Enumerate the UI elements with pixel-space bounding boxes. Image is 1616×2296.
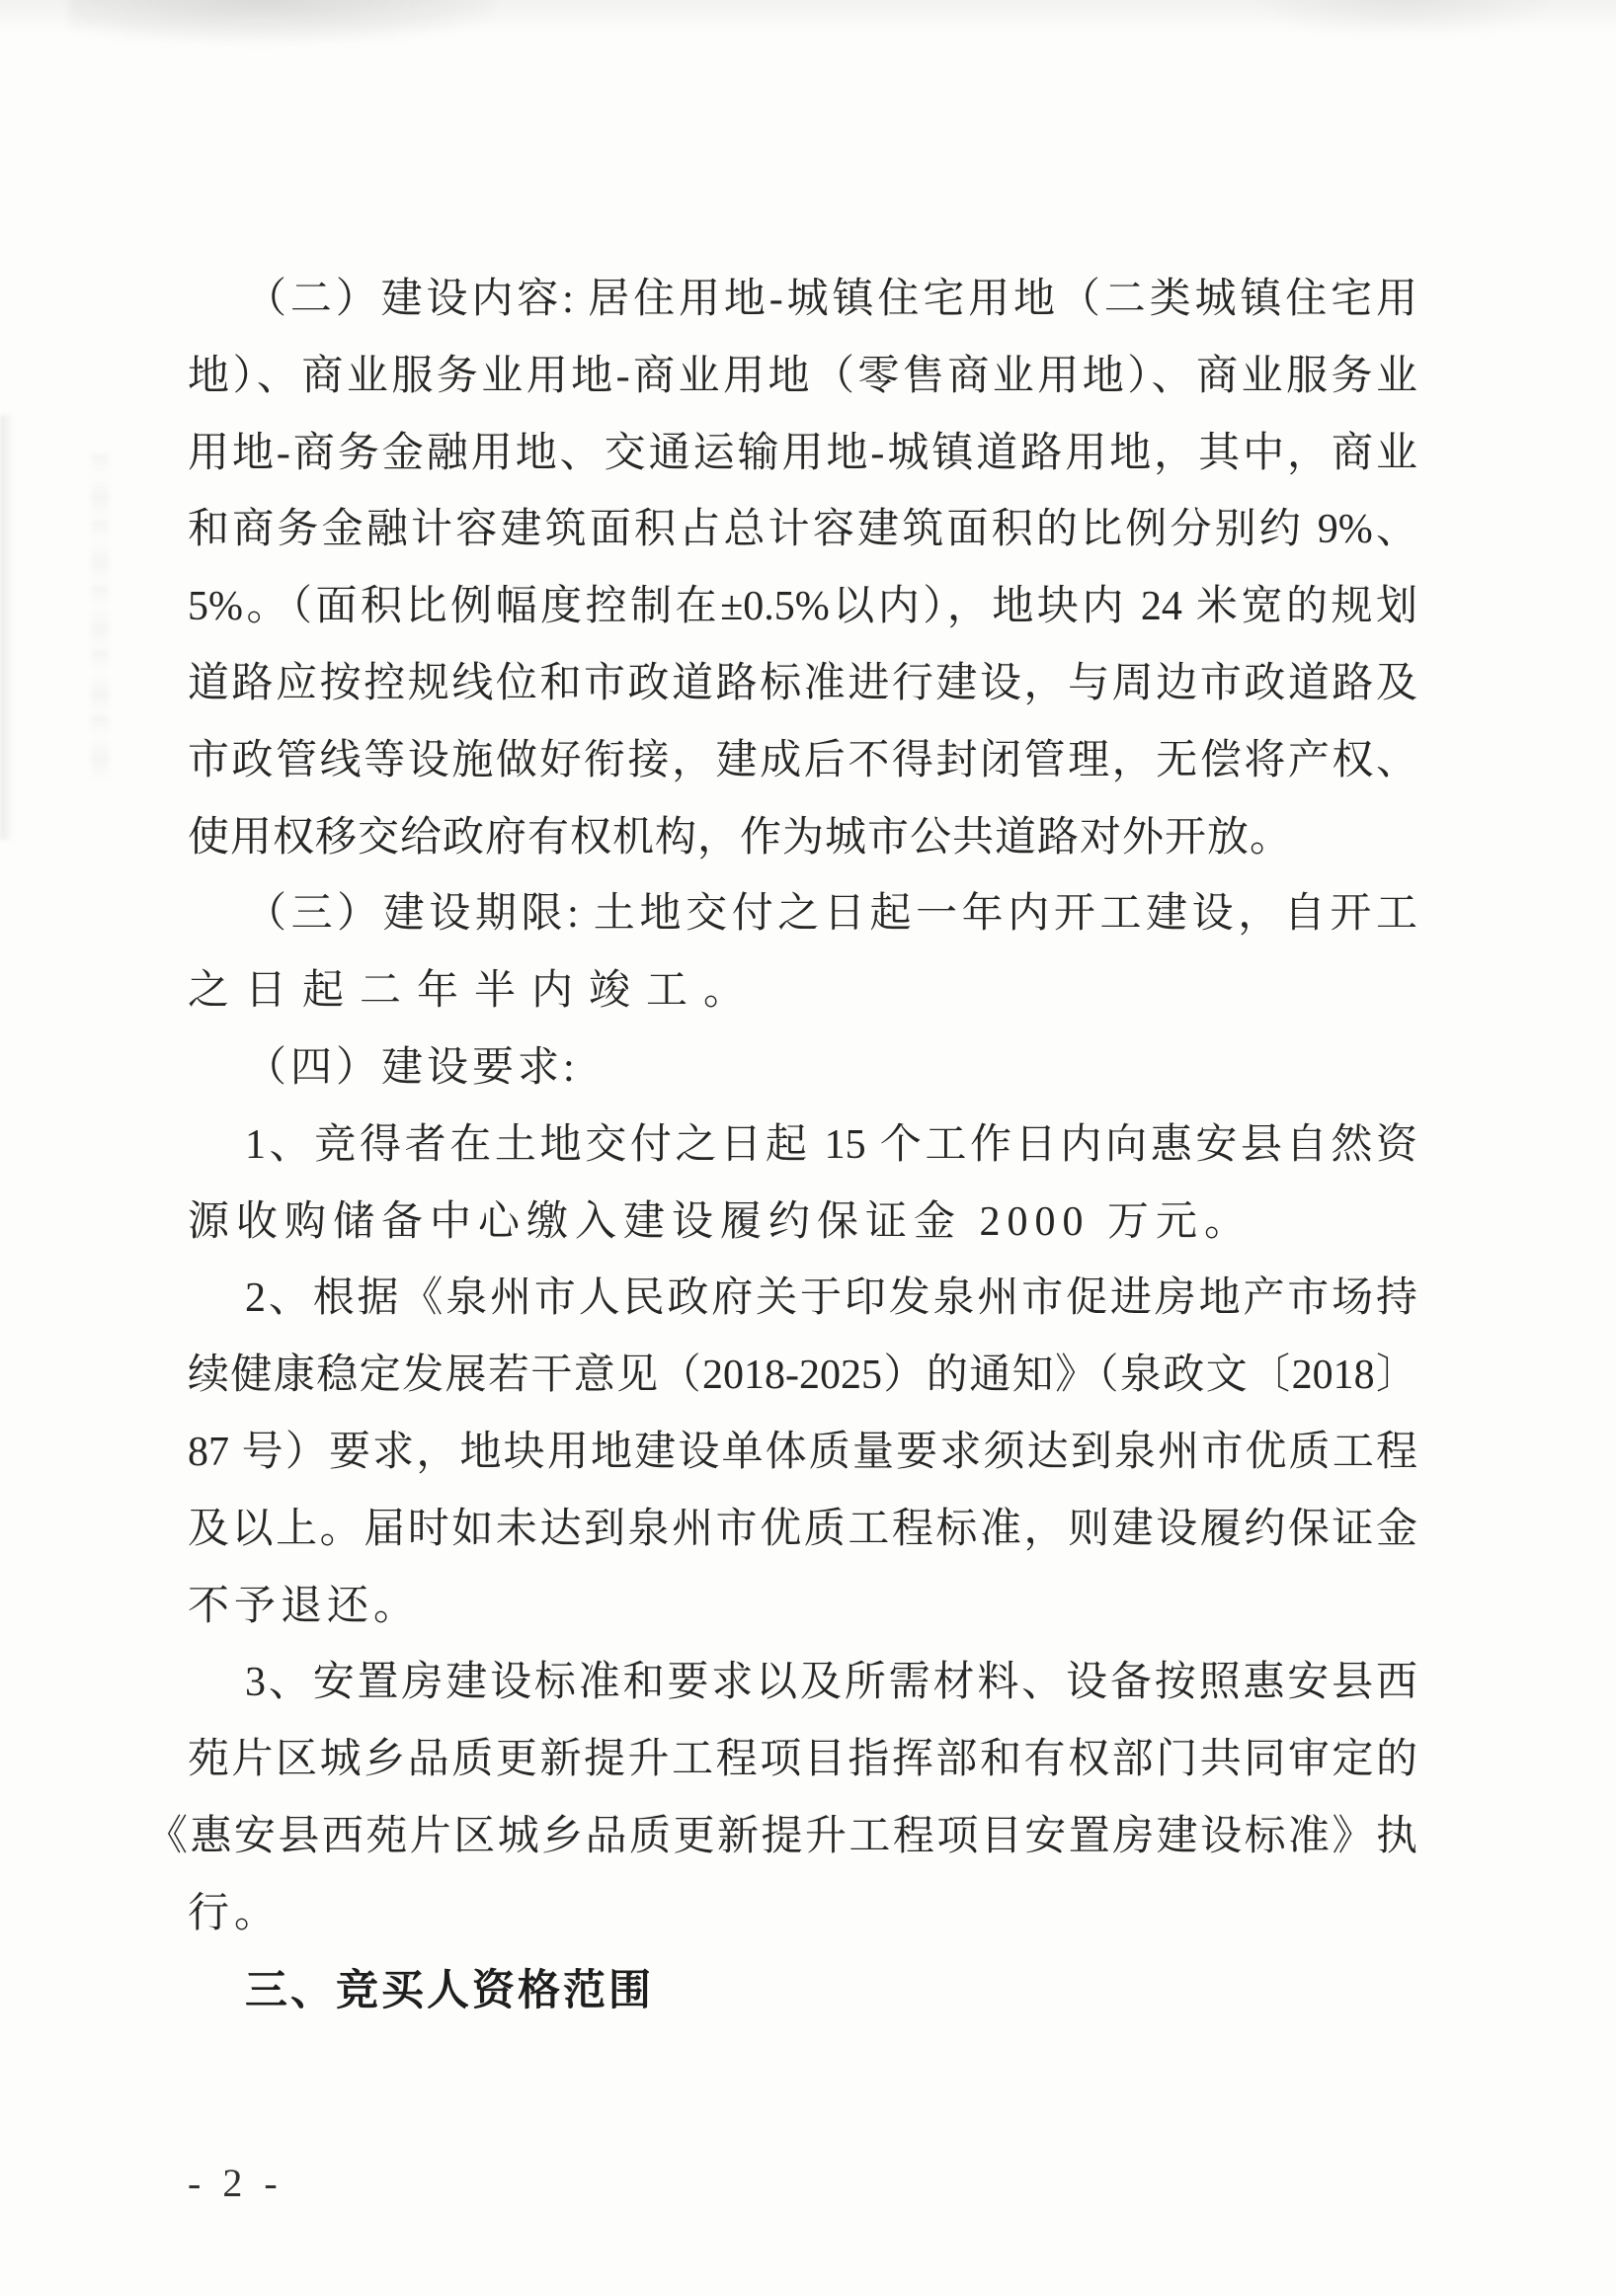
text-line: 行。 xyxy=(188,1876,1417,1953)
text-line: 1、竞得者在土地交付之日起 15 个工作日内向惠安县自然资 xyxy=(188,1107,1417,1185)
text-line: 续健康稳定发展若干意见（2018-2025）的通知》（泉政文〔2018〕 xyxy=(188,1338,1417,1415)
scan-artifact-left-marks xyxy=(91,454,109,780)
text-line: 之日起二年半内竣工。 xyxy=(188,953,1417,1030)
section-heading: 三、竞买人资格范围 xyxy=(188,1953,1417,2030)
text-line: 不予退还。 xyxy=(188,1569,1417,1646)
scan-artifact-top-band xyxy=(0,0,1616,34)
text-line: （四）建设要求: xyxy=(188,1030,1417,1107)
text-line: 地）、商业服务业用地-商业用地（零售商业用地）、商业服务业 xyxy=(188,339,1417,416)
text-line: 《惠安县西苑片区城乡品质更新提升工程项目安置房建设标准》执 xyxy=(146,1799,1417,1876)
text-line: 用地-商务金融用地、交通运输用地-城镇道路用地，其中，商业 xyxy=(188,416,1417,493)
scan-artifact-top-smudge xyxy=(69,0,494,43)
text-line: （二）建设内容: 居住用地-城镇住宅用地（二类城镇住宅用 xyxy=(188,262,1417,339)
text-line: 源收购储备中心缴入建设履约保证金 2000 万元。 xyxy=(188,1185,1417,1262)
text-line: 2、根据《泉州市人民政府关于印发泉州市促进房地产市场持 xyxy=(188,1261,1417,1338)
scan-artifact-top-smudge-right xyxy=(1254,0,1551,38)
document-body: （二）建设内容: 居住用地-城镇住宅用地（二类城镇住宅用 地）、商业服务业用地-… xyxy=(188,262,1417,2029)
text-line: 道路应按控规线位和市政道路标准进行建设，与周边市政道路及 xyxy=(188,646,1417,723)
text-line: 5%。（面积比例幅度控制在±0.5%以内），地块内 24 米宽的规划 xyxy=(188,569,1417,646)
text-line: 和商务金融计容建筑面积占总计容建筑面积的比例分别约 9%、 xyxy=(188,492,1417,569)
text-line: 市政管线等设施做好衔接，建成后不得封闭管理，无偿将产权、 xyxy=(188,723,1417,800)
text-line: 苑片区城乡品质更新提升工程项目指挥部和有权部门共同审定的 xyxy=(188,1722,1417,1799)
text-line: （三）建设期限: 土地交付之日起一年内开工建设，自开工 xyxy=(188,876,1417,953)
page-number: - 2 - xyxy=(188,2160,283,2206)
text-line: 及以上。届时如未达到泉州市优质工程标准，则建设履约保证金 xyxy=(188,1492,1417,1569)
scan-artifact-left-streak xyxy=(0,415,14,840)
text-line: 87 号）要求，地块用地建设单体质量要求须达到泉州市优质工程 xyxy=(188,1415,1417,1492)
text-line: 3、安置房建设标准和要求以及所需材料、设备按照惠安县西 xyxy=(188,1645,1417,1722)
text-line: 使用权移交给政府有权机构，作为城市公共道路对外开放。 xyxy=(188,800,1417,877)
document-page: （二）建设内容: 居住用地-城镇住宅用地（二类城镇住宅用 地）、商业服务业用地-… xyxy=(0,0,1616,2296)
